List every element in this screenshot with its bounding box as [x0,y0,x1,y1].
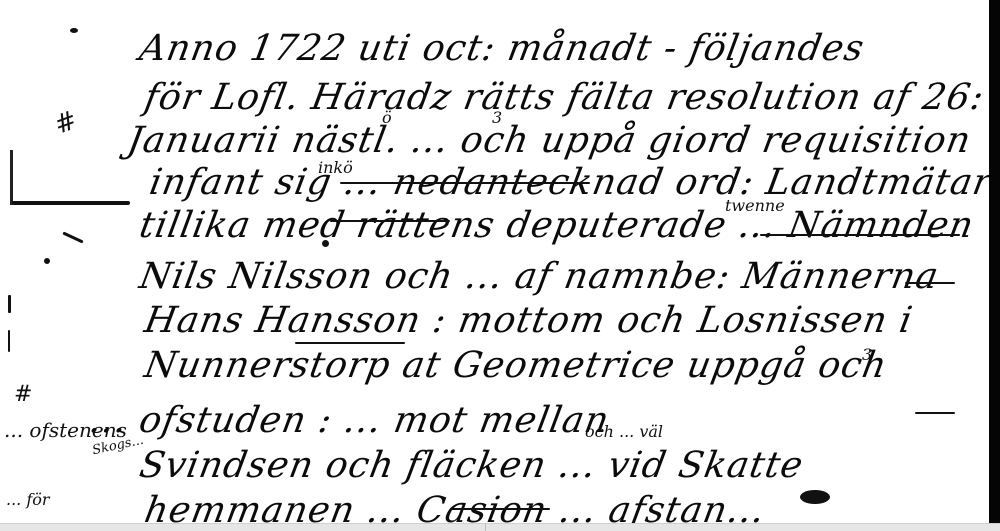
ink-speck [322,240,329,247]
strike-stroke [760,234,960,236]
document-line-5: tillika med rättens deputerade ... Nämnd… [136,205,977,246]
bottom-scroll-strip [0,523,1000,531]
interlinear-note: inkö [318,158,353,177]
interlinear-note: 3 [492,108,502,127]
underline-stroke [295,342,405,344]
interlinear-note: och ... väl [585,422,663,441]
document-line-2: för Lofl. Häradz rätts fälta resolution … [141,77,987,118]
ink-speck [800,490,830,504]
margin-note: ... ofstenens [4,418,127,442]
document-line-1: Anno 1722 uti oct: månadt - följandes [136,28,867,69]
ink-speck [44,258,50,264]
document-line-9: ... ofstuden : ... mot mellan [86,400,612,441]
interlinear-note: 3 [862,345,872,364]
margin-note-hash-upper: # [51,105,82,141]
margin-rule [12,201,130,205]
document-line-6: Nils Nilsson och ... af namnbe: Männerna [136,256,942,297]
interlinear-note: twenne [725,196,785,215]
ink-speck [62,231,83,243]
document-line-7: Hans Hansson : mottom och Losnissen i [141,300,916,341]
interlinear-note: ö [382,108,392,127]
ink-speck [8,295,11,313]
document-line-10: Svindsen och fläcken ... vid Skatte [136,445,806,486]
line-filler-stroke [915,412,955,414]
document-line-3: Januarii nästl. ... och uppå giord requi… [124,120,974,161]
strike-stroke [340,182,590,184]
ink-speck [8,330,10,352]
scan-edge-border [989,0,1000,524]
margin-bracket [10,150,13,205]
document-line-8: Nunnerstorp at Geometrice uppgå och [141,345,890,386]
line-filler-stroke [905,282,955,284]
strike-stroke [450,508,550,510]
strip-divider [485,524,486,531]
strike-stroke [330,220,450,222]
ink-speck [70,28,78,33]
margin-note-hash-lower: # [14,382,32,407]
margin-note: ... för [6,490,50,509]
document-page: Anno 1722 uti oct: månadt - följandes fö… [0,0,1000,524]
